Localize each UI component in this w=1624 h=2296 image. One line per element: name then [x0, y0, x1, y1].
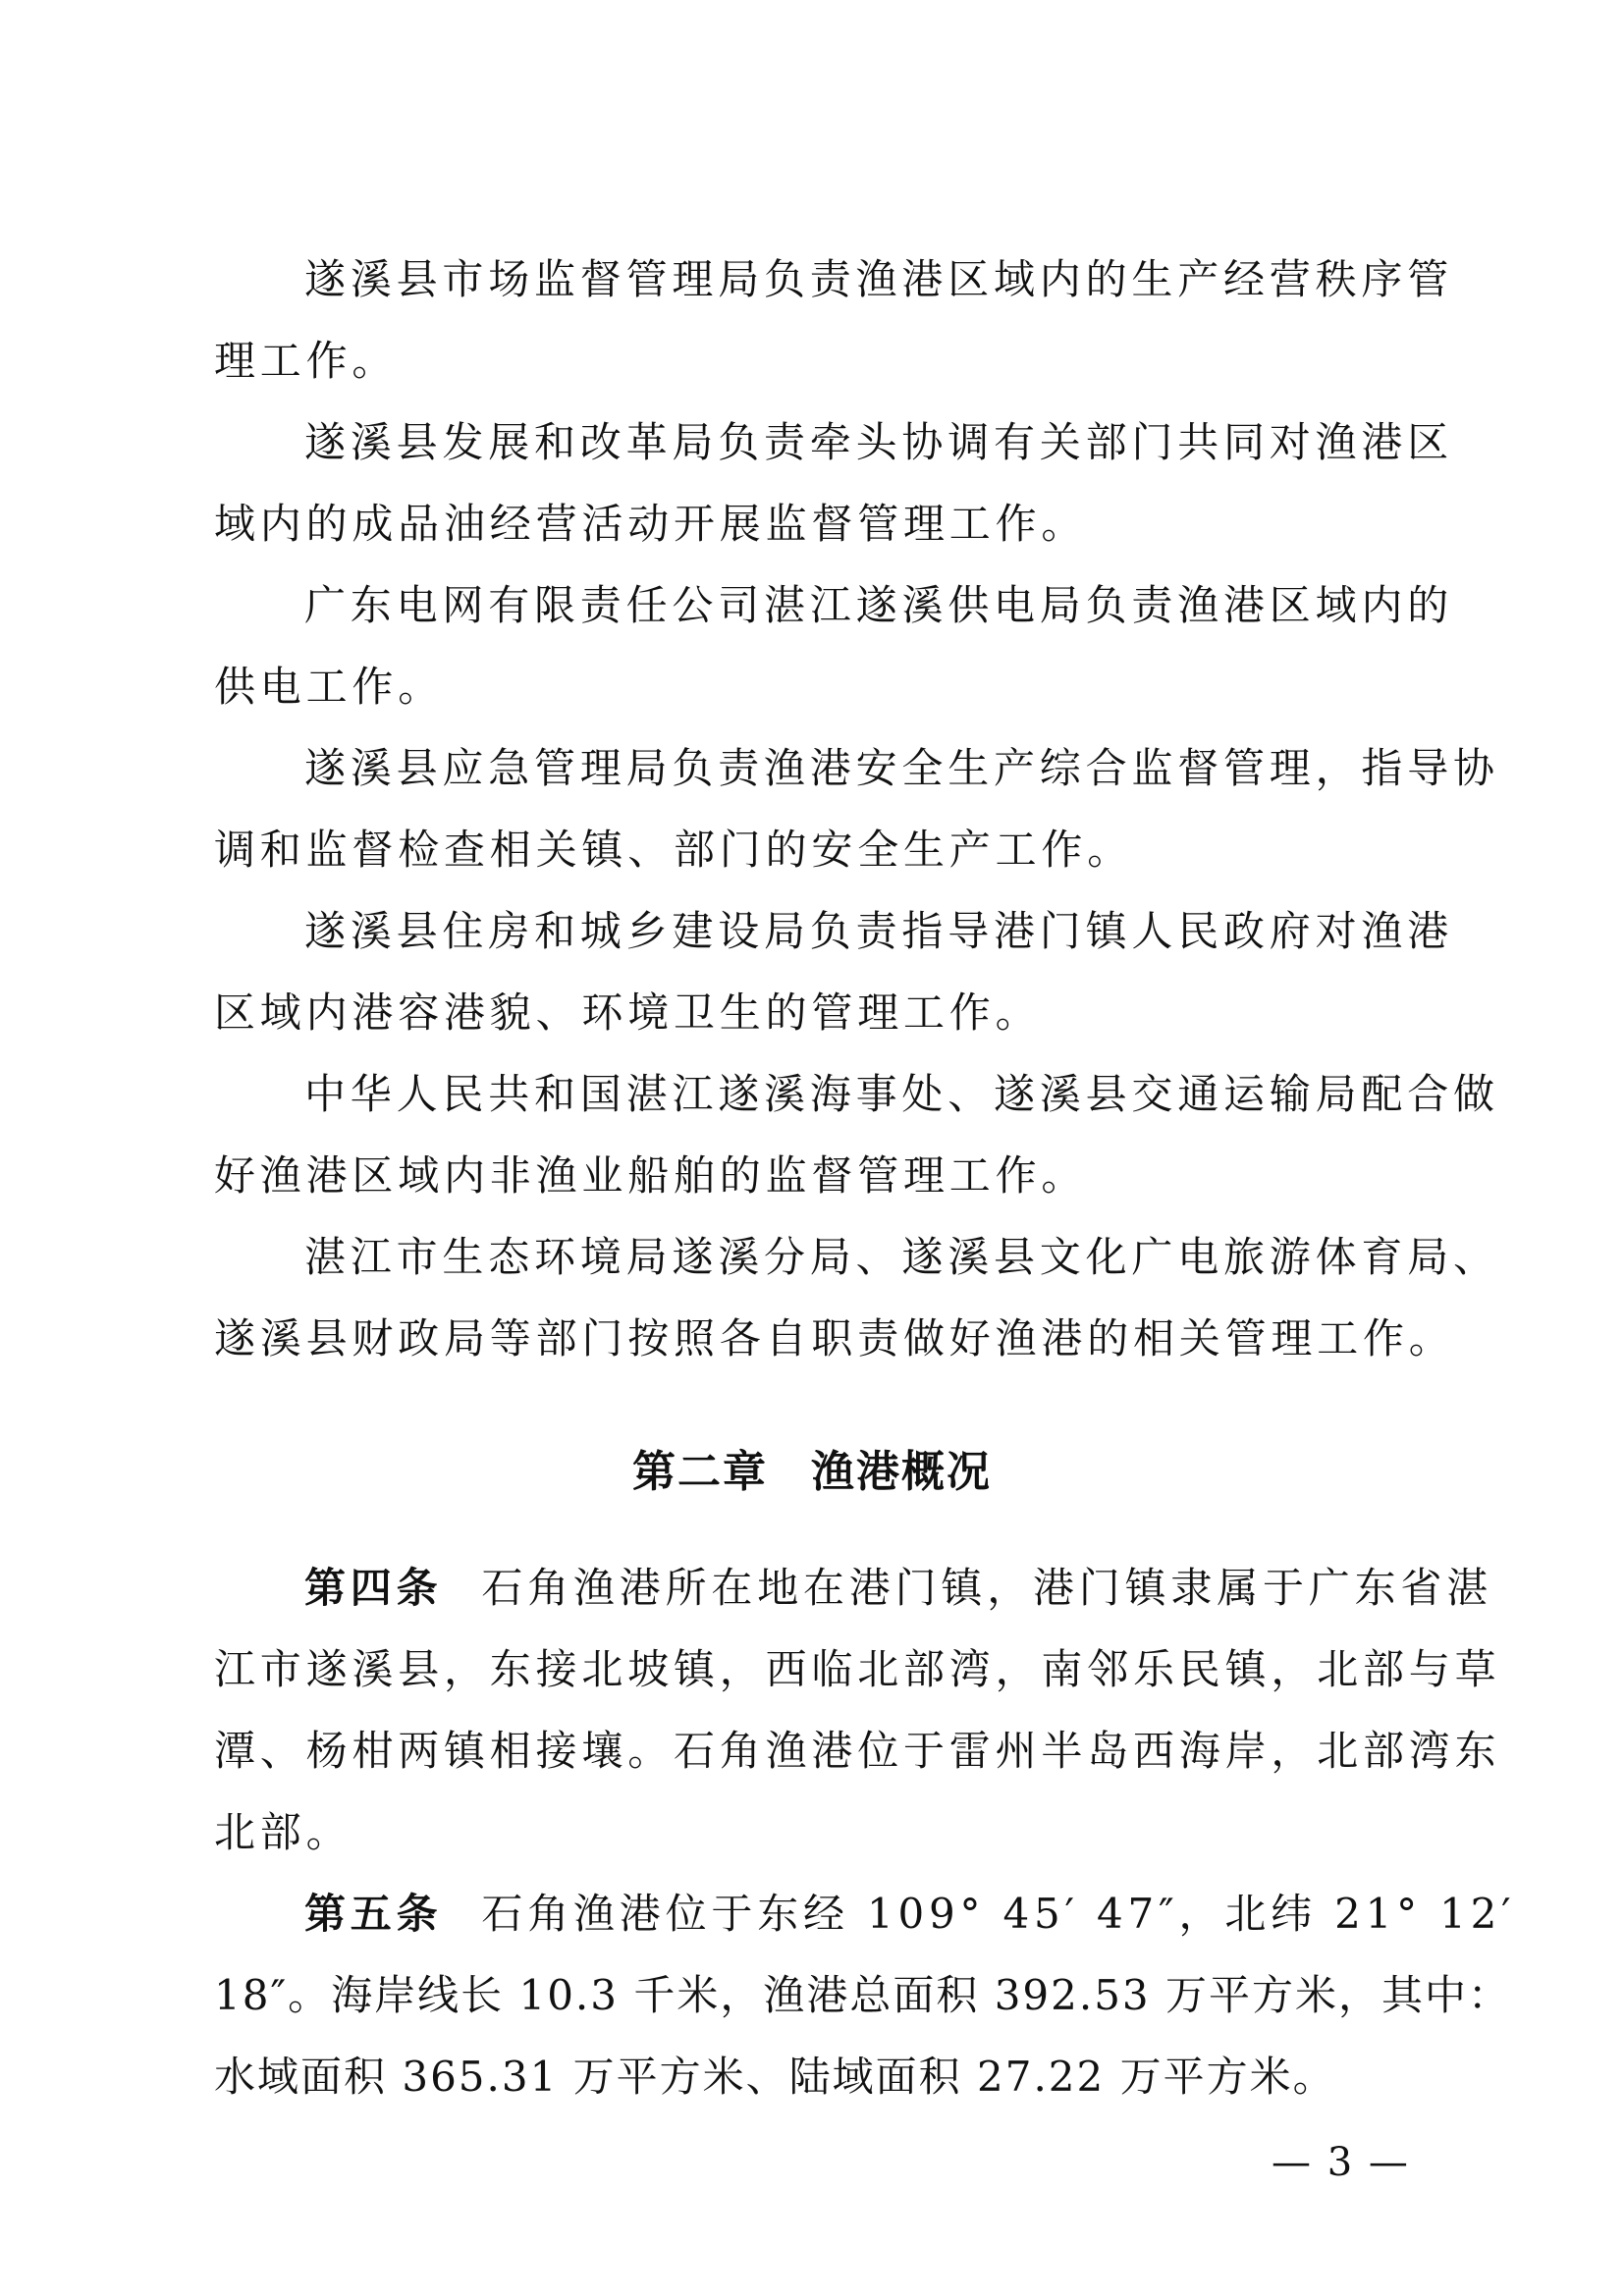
paragraph-line: 水域面积 365.31 万平方米、陆域面积 27.22 万平方米。 [214, 2048, 1530, 2107]
paragraph-line: 遂溪县应急管理局负责渔港安全生产综合监督管理，指导协 [304, 739, 1620, 798]
paragraph-line: 北部。 [214, 1803, 1530, 1862]
paragraph-line: 遂溪县发展和改革局负责牵头协调有关部门共同对渔港区 [304, 413, 1620, 472]
paragraph-line: 理工作。 [214, 332, 1530, 391]
article-5-first-line: 第五条石角渔港位于东经 109° 45′ 47″，北纬 21° 12′ [304, 1885, 1620, 1944]
paragraph-line: 区域内港容港貌、环境卫生的管理工作。 [214, 984, 1530, 1042]
paragraph-line: 域内的成品油经营活动开展监督管理工作。 [214, 495, 1530, 554]
chapter-heading: 第二章渔港概况 [0, 1443, 1624, 1502]
paragraph-line: 湛江市生态环境局遂溪分局、遂溪县文化广电旅游体育局、 [304, 1228, 1620, 1287]
paragraph-line: 18″。海岸线长 10.3 千米，渔港总面积 392.53 万平方米，其中： [214, 1966, 1530, 2025]
paragraph-line: 调和监督检查相关镇、部门的安全生产工作。 [214, 821, 1530, 880]
paragraph-line: 遂溪县住房和城乡建设局负责指导港门镇人民政府对渔港 [304, 902, 1620, 961]
article-label: 第五条 [304, 1890, 442, 1938]
article-label: 第四条 [304, 1564, 442, 1612]
paragraph-line: 广东电网有限责任公司湛江遂溪供电局负责渔港区域内的 [304, 576, 1620, 635]
chapter-title: 渔港概况 [811, 1447, 992, 1497]
page-number: — 3 — [1272, 2138, 1410, 2187]
article-text: 石角渔港位于东经 109° 45′ 47″，北纬 21° 12′ [481, 1890, 1515, 1938]
paragraph-line: 遂溪县财政局等部门按照各自职责做好渔港的相关管理工作。 [214, 1309, 1530, 1368]
paragraph-line: 江市遂溪县，东接北坡镇，西临北部湾，南邻乐民镇，北部与草 [214, 1640, 1530, 1699]
article-text: 石角渔港所在地在港门镇，港门镇隶属于广东省湛 [481, 1564, 1492, 1612]
paragraph-line: 遂溪县市场监督管理局负责渔港区域内的生产经营秩序管 [304, 250, 1620, 309]
paragraph-line: 潭、杨柑两镇相接壤。石角渔港位于雷州半岛西海岸，北部湾东 [214, 1722, 1530, 1781]
document-page: 遂溪县市场监督管理局负责渔港区域内的生产经营秩序管 理工作。 遂溪县发展和改革局… [0, 0, 1624, 2296]
article-4-first-line: 第四条石角渔港所在地在港门镇，港门镇隶属于广东省湛 [304, 1559, 1620, 1618]
paragraph-line: 供电工作。 [214, 658, 1530, 717]
chapter-number: 第二章 [632, 1447, 768, 1497]
paragraph-line: 好渔港区域内非渔业船舶的监督管理工作。 [214, 1147, 1530, 1205]
paragraph-line: 中华人民共和国湛江遂溪海事处、遂溪县交通运输局配合做 [304, 1065, 1620, 1124]
